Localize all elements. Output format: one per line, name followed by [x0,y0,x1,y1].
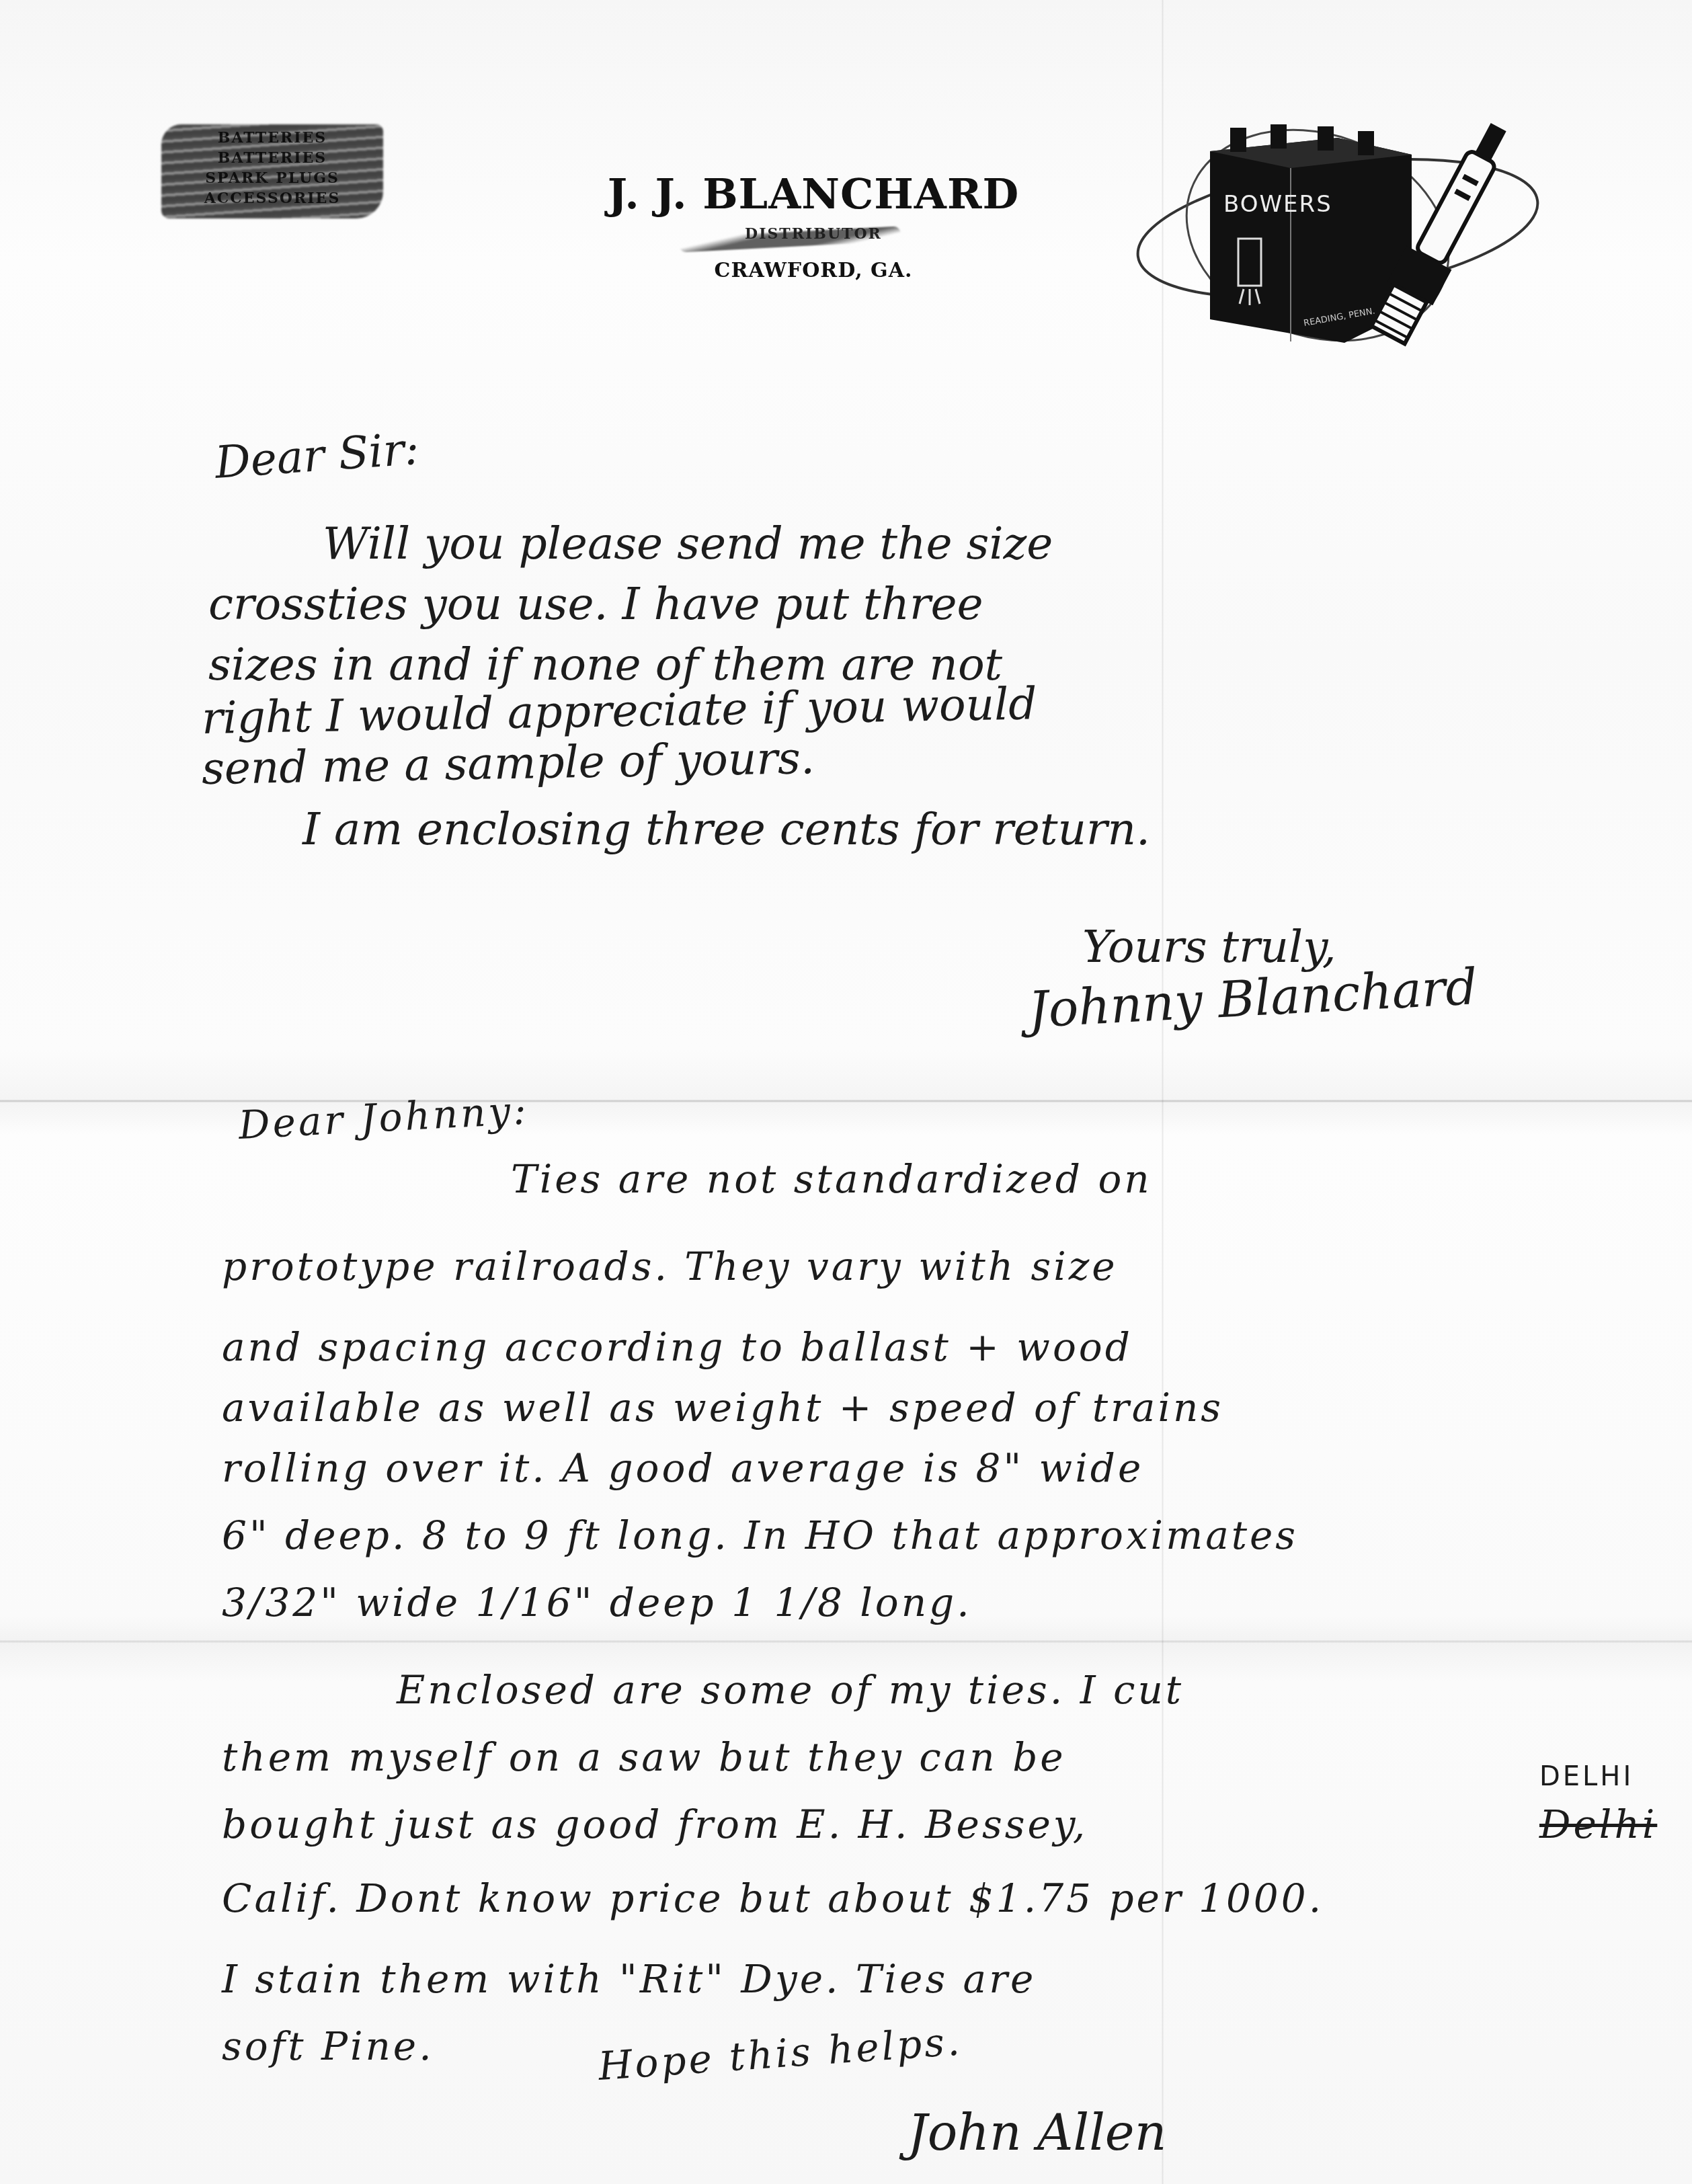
letterhead-title: J. J. BLANCHARD [538,169,1089,218]
letter2-line: prototype railroads. They vary with size [222,1244,1118,1289]
letter2-line: soft Pine. [222,2023,434,2069]
letter2-line: and spacing according to ballast + wood [222,1324,1133,1370]
letter1-line: crossties you use. I have put three [208,578,983,630]
letterhead-city: CRAWFORD, GA. [672,259,955,282]
letter1-line: send me a sample of yours. [201,732,815,795]
letter2-line: 3/32" wide 1/16" deep 1 1/8 long. [222,1580,972,1625]
fold-line-lower [0,1640,1692,1643]
letter2-line: them myself on a saw but they can be [222,1734,1066,1780]
svg-text:BOWERS: BOWERS [1223,191,1332,218]
letter2-line: Ties are not standardized on [511,1156,1152,1202]
scribble-out-mark [161,124,383,218]
letter2-line: Calif. Dont know price but about $1.75 p… [222,1875,1324,1921]
letter2-signature: John Allen [908,2104,1166,2162]
letter1-line: Will you please send me the size [323,518,1053,569]
letter2-line: I stain them with "Rit" Dye. Ties are [222,1956,1036,2002]
correction-struck-text: Delhi [1539,1802,1657,1847]
letter2-line: available as well as weight + speed of t… [222,1385,1223,1430]
letter2-line: 6" deep. 8 to 9 ft long. In HO that appr… [222,1512,1298,1558]
battery-spark-plug-logo: BOWERS READING, PENN. [1116,87,1600,383]
correction-inserted-text: DELHI [1539,1761,1634,1792]
letter1-postscript: I am enclosing three cents for return. [303,803,1150,855]
letter2-line: bought just as good from E. H. Bessey, [222,1802,1088,1847]
letter2-line: Enclosed are some of my ties. I cut [397,1667,1184,1713]
letter2-line: rolling over it. A good average is 8" wi… [222,1445,1143,1491]
letter1-closing: Yours truly, [1082,921,1336,973]
